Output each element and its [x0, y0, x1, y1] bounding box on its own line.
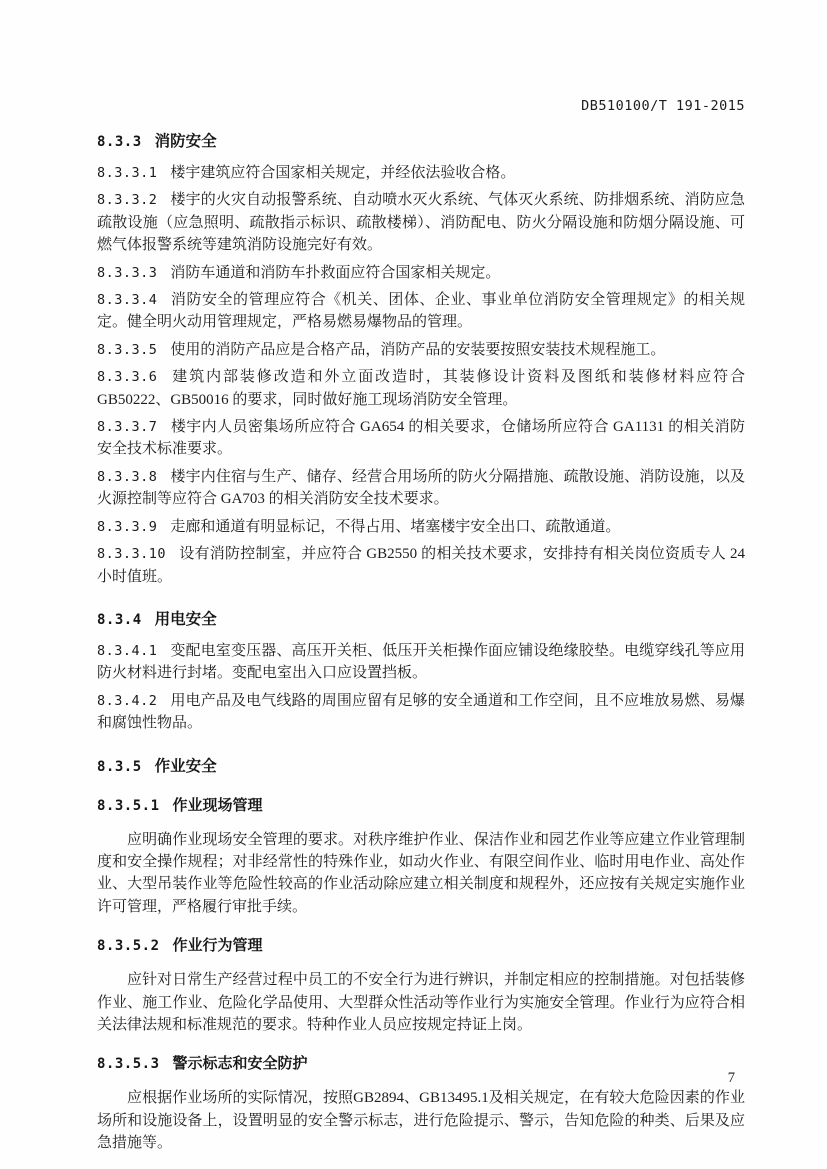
clause-number: 8.3.3.10	[97, 546, 166, 562]
clause-text: 楼宇内人员密集场所应符合 GA654 的相关要求，仓储场所应符合 GA1131 …	[97, 419, 745, 457]
clause-text: 变配电室变压器、高压开关柜、低压开关柜操作面应铺设绝缘胶垫。电缆穿线孔等应用防火…	[97, 643, 745, 681]
clause: 8.3.4.1变配电室变压器、高压开关柜、低压开关柜操作面应铺设绝缘胶垫。电缆穿…	[97, 640, 745, 685]
body-paragraph: 应明确作业现场安全管理的要求。对秩序维护作业、保洁作业和园艺作业等应建立作业管理…	[97, 829, 745, 919]
document-page: DB510100/T 191-2015 8.3.3消防安全 8.3.3.1楼宇建…	[0, 0, 827, 1169]
clause-number: 8.3.3.4	[97, 292, 157, 308]
section-number: 8.3.5	[97, 759, 142, 775]
clause: 8.3.3.7楼宇内人员密集场所应符合 GA654 的相关要求，仓储场所应符合 …	[97, 416, 745, 461]
section-heading: 8.3.4用电安全	[97, 609, 745, 631]
clause: 8.3.3.6建筑内部装修改造和外立面改造时，其装修设计资料及图纸和装修材料应符…	[97, 366, 745, 411]
clause-number: 8.3.3.7	[97, 419, 157, 435]
section-title: 用电安全	[155, 611, 217, 628]
subsection-title: 作业行为管理	[173, 937, 263, 954]
clause: 8.3.4.2用电产品及电气线路的周围应留有足够的安全通道和工作空间，且不应堆放…	[97, 690, 745, 735]
clause: 8.3.3.10设有消防控制室，并应符合 GB2550 的相关技术要求，安排持有…	[97, 543, 745, 588]
clause: 8.3.3.5使用的消防产品应是合格产品，消防产品的安装要按照安装技术规程施工。	[97, 339, 745, 361]
clause-number: 8.3.3.1	[97, 165, 157, 181]
subsection-title: 警示标志和安全防护	[173, 1055, 308, 1072]
clause: 8.3.3.8楼宇内住宿与生产、储存、经营合用场所的防火分隔措施、疏散设施、消防…	[97, 466, 745, 511]
clause-text: 楼宇的火灾自动报警系统、自动喷水灭火系统、气体灭火系统、防排烟系统、消防应急疏散…	[97, 192, 745, 253]
page-number: 7	[728, 1070, 735, 1087]
clause-number: 8.3.3.9	[97, 519, 157, 535]
clause-number: 8.3.3.3	[97, 265, 157, 281]
subsection-number: 8.3.5.1	[97, 798, 160, 814]
document-body: 8.3.3消防安全 8.3.3.1楼宇建筑应符合国家相关规定，并经依法验收合格。…	[97, 0, 745, 1160]
clause-text: 设有消防控制室，并应符合 GB2550 的相关技术要求，安排持有相关岗位资质专人…	[97, 546, 745, 584]
clause: 8.3.3.1楼宇建筑应符合国家相关规定，并经依法验收合格。	[97, 162, 745, 184]
clause: 8.3.3.4消防安全的管理应符合《机关、团体、企业、事业单位消防安全管理规定》…	[97, 289, 745, 334]
subsection-number: 8.3.5.3	[97, 1056, 160, 1072]
clause-number: 8.3.3.8	[97, 469, 157, 485]
clause-number: 8.3.4.1	[97, 643, 157, 659]
clause-number: 8.3.3.5	[97, 342, 157, 358]
clause: 8.3.3.3消防车通道和消防车扑救面应符合国家相关规定。	[97, 262, 745, 284]
clause: 8.3.3.9走廊和通道有明显标记，不得占用、堵塞楼宇安全出口、疏散通道。	[97, 516, 745, 538]
clause: 8.3.3.2楼宇的火灾自动报警系统、自动喷水灭火系统、气体灭火系统、防排烟系统…	[97, 189, 745, 256]
clause-text: 消防安全的管理应符合《机关、团体、企业、事业单位消防安全管理规定》的相关规定。健…	[97, 292, 745, 330]
section-heading: 8.3.3消防安全	[97, 131, 745, 153]
body-paragraph: 应根据作业场所的实际情况，按照GB2894、GB13495.1及相关规定，在有较…	[97, 1087, 745, 1154]
subsection-heading: 8.3.5.3警示标志和安全防护	[97, 1053, 745, 1075]
section-number: 8.3.4	[97, 612, 142, 628]
subsection-heading: 8.3.5.2作业行为管理	[97, 935, 745, 957]
section-title: 作业安全	[155, 758, 217, 775]
subsection-title: 作业现场管理	[173, 797, 263, 814]
section-title: 消防安全	[155, 133, 217, 150]
clause-text: 建筑内部装修改造和外立面改造时，其装修设计资料及图纸和装修材料应符合 GB502…	[97, 369, 745, 407]
clause-text: 用电产品及电气线路的周围应留有足够的安全通道和工作空间，且不应堆放易燃、易爆和腐…	[97, 693, 745, 731]
section-heading: 8.3.5作业安全	[97, 756, 745, 778]
section-number: 8.3.3	[97, 134, 142, 150]
body-paragraph: 应针对日常生产经营过程中员工的不安全行为进行辨识，并制定相应的控制措施。对包括装…	[97, 969, 745, 1036]
clause-number: 8.3.3.2	[97, 192, 157, 208]
clause-number: 8.3.3.6	[97, 369, 157, 385]
clause-text: 走廊和通道有明显标记，不得占用、堵塞楼宇安全出口、疏散通道。	[170, 519, 620, 535]
subsection-number: 8.3.5.2	[97, 938, 160, 954]
clause-text: 使用的消防产品应是合格产品，消防产品的安装要按照安装技术规程施工。	[170, 342, 665, 358]
clause-text: 楼宇建筑应符合国家相关规定，并经依法验收合格。	[170, 165, 515, 181]
clause-number: 8.3.4.2	[97, 693, 157, 709]
clause-text: 楼宇内住宿与生产、储存、经营合用场所的防火分隔措施、疏散设施、消防设施，以及火源…	[97, 469, 745, 507]
clause-text: 消防车通道和消防车扑救面应符合国家相关规定。	[170, 265, 500, 281]
subsection-heading: 8.3.5.1作业现场管理	[97, 795, 745, 817]
